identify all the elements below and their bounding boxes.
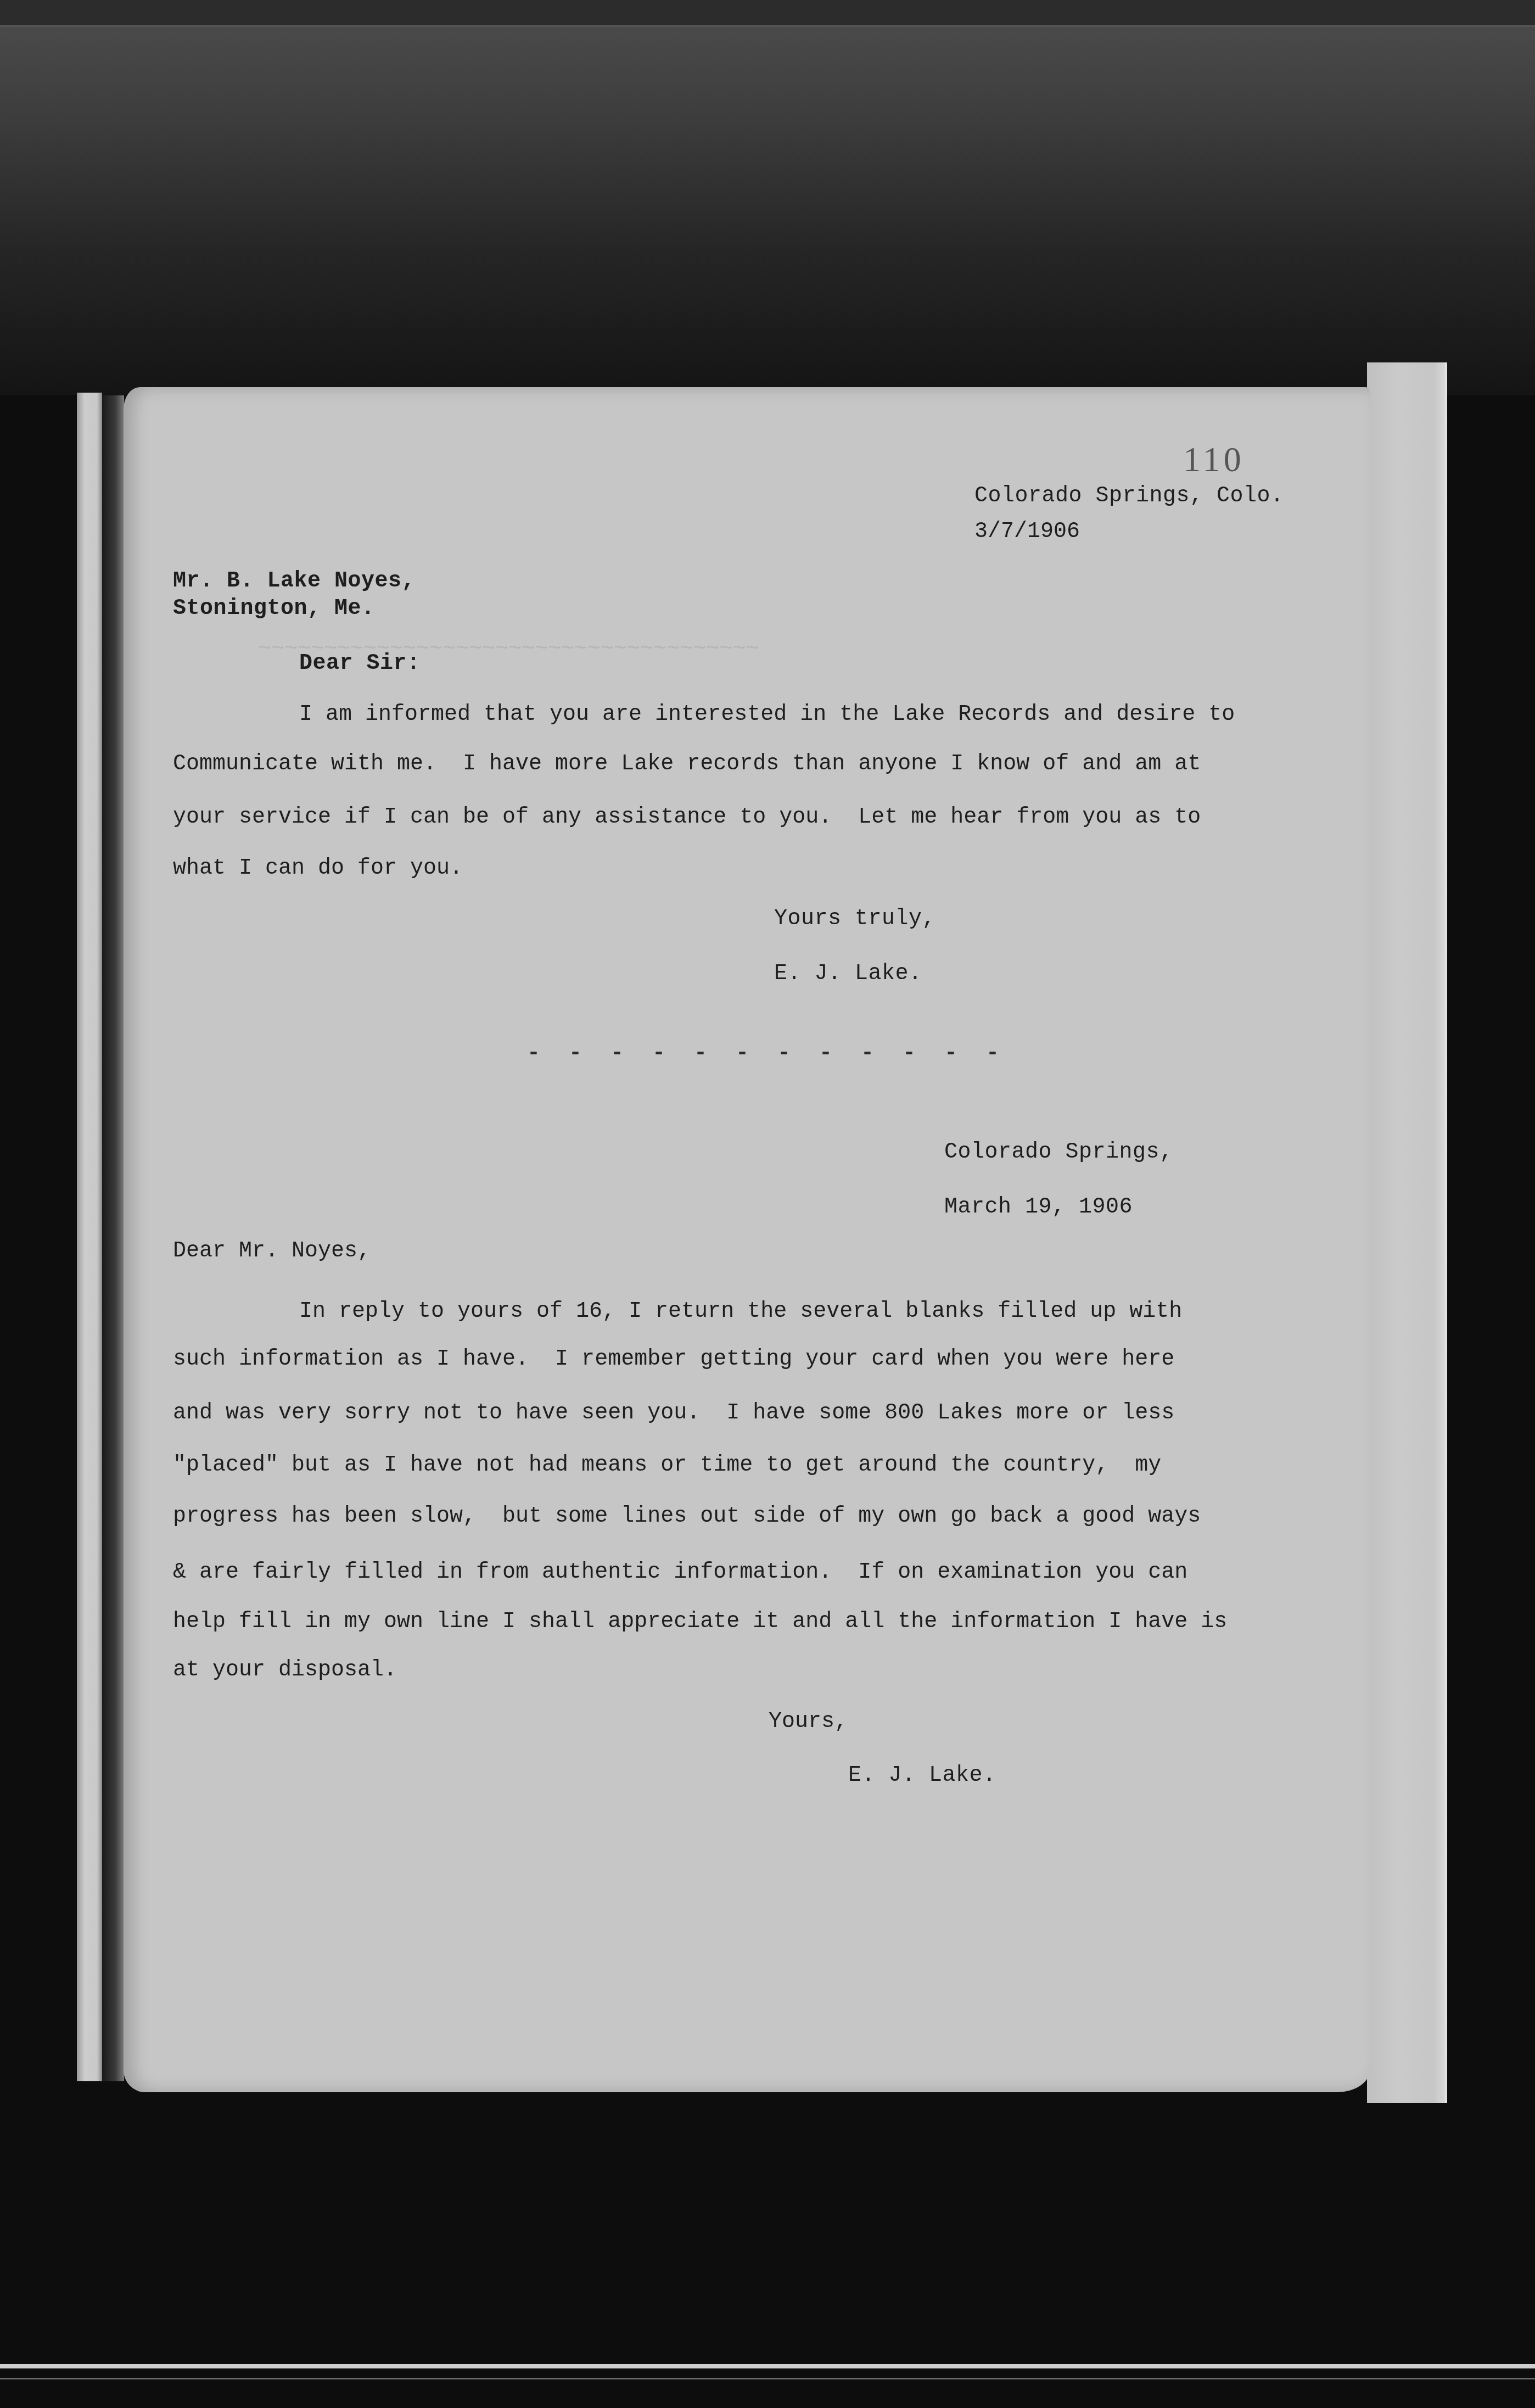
letter1-body-line: what I can do for you. xyxy=(173,856,463,882)
letter2-body-line: such information as I have. I remember g… xyxy=(173,1347,1174,1373)
letter2-body-line: and was very sorry not to have seen you.… xyxy=(173,1400,1174,1427)
letter2-body-line: "placed" but as I have not had means or … xyxy=(173,1452,1161,1479)
letter2-body-line: help fill in my own line I shall appreci… xyxy=(173,1609,1227,1635)
letter2-place: Colorado Springs, xyxy=(944,1139,1173,1166)
book-gutter xyxy=(102,395,124,2081)
page-stack-edge xyxy=(1367,362,1447,2103)
letter1-body-line: your service if I can be of any assistan… xyxy=(173,804,1201,831)
page-number: 110 xyxy=(1183,439,1245,480)
letter2-body-line: & are fairly filled in from authentic in… xyxy=(173,1560,1187,1586)
letter-separator: - - - - - - - - - - - - xyxy=(527,1041,1007,1067)
microfilm-top-background xyxy=(0,0,1535,395)
letter1-recipient-address: Stonington, Me. xyxy=(173,596,375,622)
letter1-recipient-name: Mr. B. Lake Noyes, xyxy=(173,568,415,595)
letter2-signature: E. J. Lake. xyxy=(848,1763,996,1789)
letter1-signature: E. J. Lake. xyxy=(774,961,922,987)
letter1-body-line: I am informed that you are interested in… xyxy=(299,702,1235,728)
letter1-closing: Yours truly, xyxy=(774,906,935,932)
letter2-salutation: Dear Mr. Noyes, xyxy=(173,1238,371,1265)
letter2-body-line: In reply to yours of 16, I return the se… xyxy=(299,1299,1182,1325)
film-bottom-edge-inner xyxy=(0,2378,1535,2379)
letter2-closing: Yours, xyxy=(769,1709,848,1735)
letter1-body-line: Communicate with me. I have more Lake re… xyxy=(173,751,1201,778)
film-bottom-edge xyxy=(0,2364,1535,2368)
letter2-date: March 19, 1906 xyxy=(944,1194,1133,1221)
film-edge-strip xyxy=(0,0,1535,27)
letter2-body-line: at your disposal. xyxy=(173,1657,397,1684)
letter1-place: Colorado Springs, Colo. xyxy=(974,483,1284,510)
left-page-edge xyxy=(77,393,102,2081)
letter2-body-line: progress has been slow, but some lines o… xyxy=(173,1504,1201,1530)
letter1-date: 3/7/1906 xyxy=(974,519,1080,545)
letter1-salutation: Dear Sir: xyxy=(299,651,421,677)
